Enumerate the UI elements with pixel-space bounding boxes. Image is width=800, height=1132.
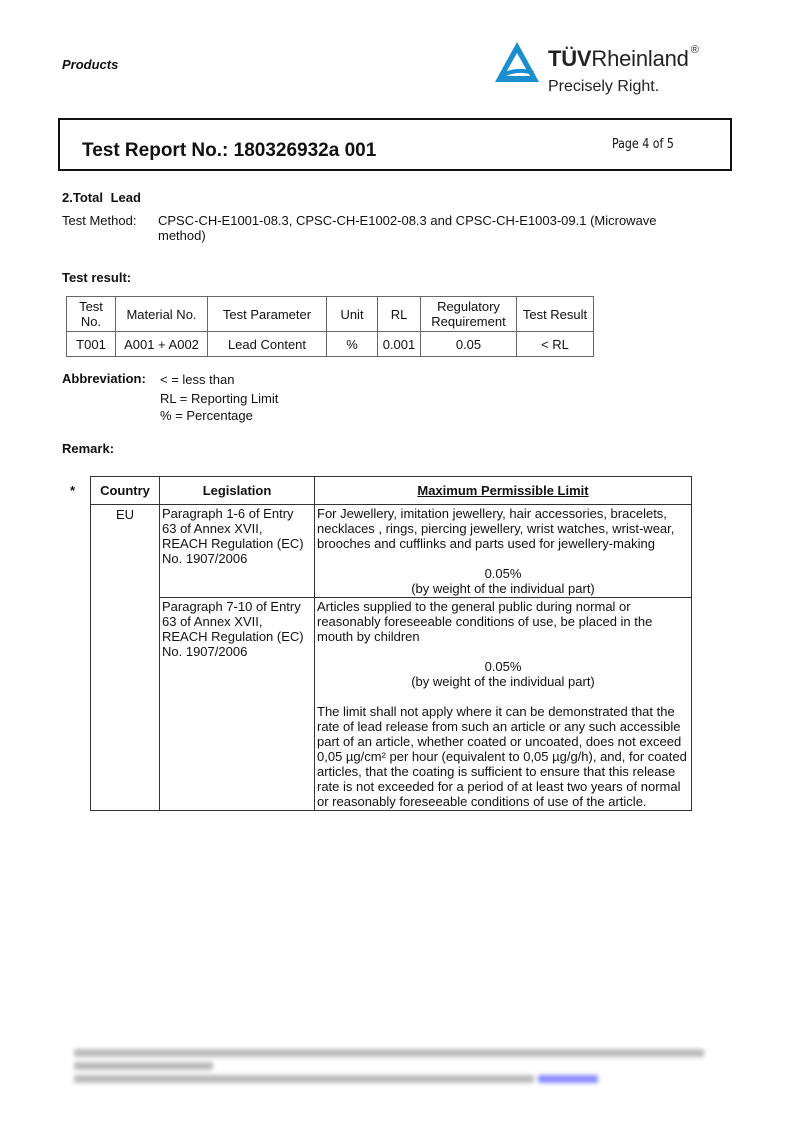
cell-regulatory-requirement: 0.05 (421, 332, 517, 357)
remark-label: Remark: (62, 441, 114, 456)
footer-link[interactable] (538, 1075, 598, 1083)
header-section-label: Products (62, 57, 118, 72)
header-test-parameter: Test Parameter (208, 297, 327, 332)
header-regulatory-requirement: RegulatoryRequirement (421, 297, 517, 332)
header-unit: Unit (327, 297, 378, 332)
report-title: Test Report No.: 180326932a 001 (82, 140, 376, 162)
brand-tagline: Precisely Right. (548, 78, 659, 96)
header-country: Country (91, 477, 160, 505)
cell-country: EU (91, 505, 160, 811)
report-title-box: Test Report No.: 180326932a 001 Page 4 o… (58, 118, 732, 171)
cell-limit: Articles supplied to the general public … (315, 598, 692, 811)
header-test-no: TestNo. (67, 297, 116, 332)
page-number: Page 4 of 5 (612, 137, 674, 152)
cell-unit: % (327, 332, 378, 357)
cell-limit: For Jewellery, imitation jewellery, hair… (315, 505, 692, 598)
limit-value: 0.05% (by weight of the individual part) (317, 566, 689, 596)
blurred-footer (74, 1046, 704, 1083)
test-method-text: CPSC-CH-E1001-08.3, CPSC-CH-E1002-08.3 a… (158, 213, 698, 243)
abbreviation-list: < = less than RL = Reporting Limit % = P… (160, 371, 278, 424)
test-result-label: Test result: (62, 270, 131, 285)
header-legislation: Legislation (160, 477, 315, 505)
header-rl: RL (378, 297, 421, 332)
tuv-triangle-icon (492, 40, 542, 84)
brand-name: TÜVRheinland® (548, 46, 699, 72)
test-method-label: Test Method: (62, 213, 136, 228)
abbreviation-item: < = less than (160, 371, 278, 388)
abbreviation-item: RL = Reporting Limit (160, 390, 278, 407)
cell-legislation: Paragraph 1-6 of Entry 63 of Annex XVII,… (160, 505, 315, 598)
cell-material-no: A001 + A002 (116, 332, 208, 357)
cell-legislation: Paragraph 7-10 of Entry 63 of Annex XVII… (160, 598, 315, 811)
limit-exception: The limit shall not apply where it can b… (317, 704, 689, 809)
limit-description: Articles supplied to the general public … (317, 599, 689, 644)
limit-description: For Jewellery, imitation jewellery, hair… (317, 506, 689, 551)
tuv-rheinland-logo: TÜVRheinland® Precisely Right. (492, 38, 732, 102)
cell-rl: 0.001 (378, 332, 421, 357)
section-title: 2.Total Lead (62, 190, 141, 205)
abbreviation-item: % = Percentage (160, 407, 278, 424)
remark-table: Country Legislation Maximum Permissible … (90, 476, 692, 811)
cell-test-result: < RL (517, 332, 594, 357)
table-header-row: TestNo. Material No. Test Parameter Unit… (67, 297, 594, 332)
table-row: T001 A001 + A002 Lead Content % 0.001 0.… (67, 332, 594, 357)
remark-header-row: Country Legislation Maximum Permissible … (91, 477, 692, 505)
header-material-no: Material No. (116, 297, 208, 332)
cell-test-no: T001 (67, 332, 116, 357)
limit-value: 0.05% (by weight of the individual part) (317, 659, 689, 689)
abbreviation-label: Abbreviation: (62, 371, 146, 386)
header-test-result: Test Result (517, 297, 594, 332)
remark-marker: * (70, 483, 75, 498)
test-result-table: TestNo. Material No. Test Parameter Unit… (66, 296, 594, 357)
cell-test-parameter: Lead Content (208, 332, 327, 357)
table-row: EU Paragraph 1-6 of Entry 63 of Annex XV… (91, 505, 692, 598)
header-maximum-permissible-limit: Maximum Permissible Limit (315, 477, 692, 505)
table-row: Paragraph 7-10 of Entry 63 of Annex XVII… (91, 598, 692, 811)
